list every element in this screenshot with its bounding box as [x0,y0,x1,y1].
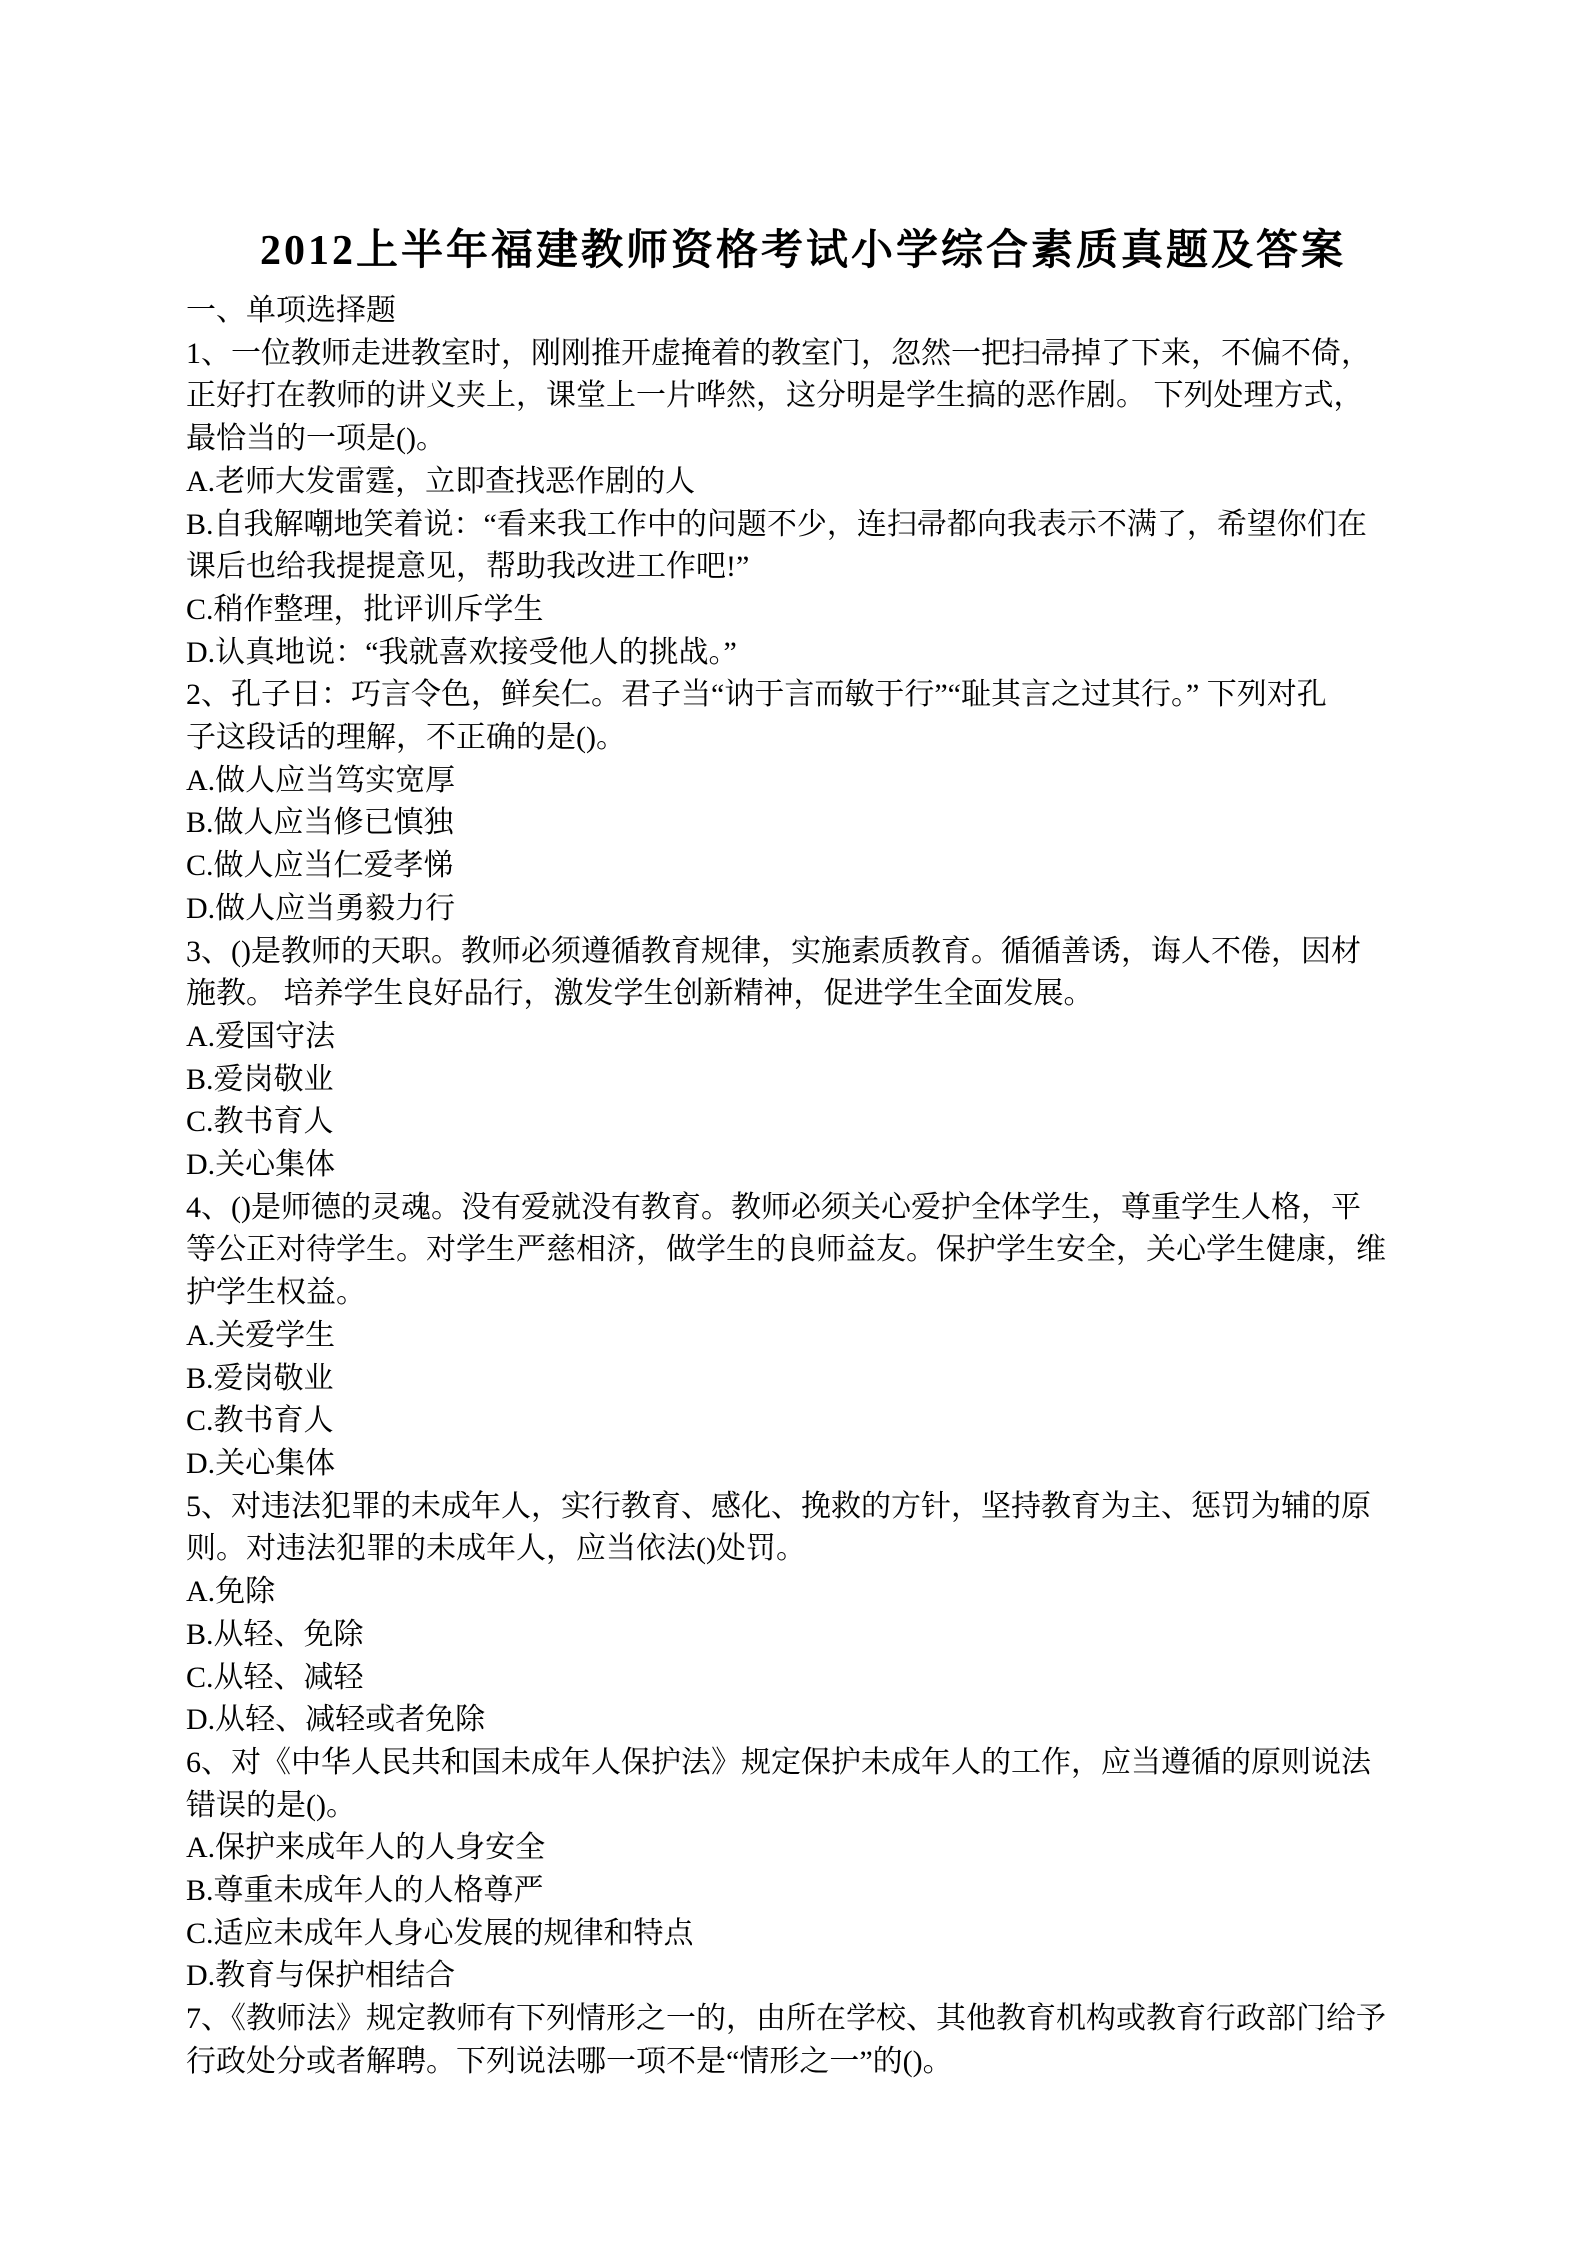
questions-container: 1、一位教师走进教室时，刚刚推开虚掩着的教室门，忽然一把扫帚掉了下来，不偏不倚，… [186,333,1420,2084]
question-3-option-line: D.关心集体 [186,1144,1420,1187]
question-2-option-line: D.做人应当勇毅力行 [186,888,1420,931]
question-6-option-line: A.保护来成年人的人身安全 [186,1827,1420,1870]
question-4-option-line: A.关爱学生 [186,1315,1420,1358]
question-4-stem-line: 护学生权益。 [186,1272,1420,1315]
question-5-option-line: A.免除 [186,1571,1420,1614]
question-1-option-line: A.老师大发雷霆，立即查找恶作剧的人 [186,461,1420,504]
question-6-option-line: C.适应未成年人身心发展的规律和特点 [186,1913,1420,1956]
question-1-option-line: C.稍作整理，批评训斥学生 [186,589,1420,632]
question-7: 7、《教师法》规定教师有下列情形之一的，由所在学校、其他教育机构或教育行政部门给… [186,1998,1420,2083]
question-2-option-line: C.做人应当仁爱孝悌 [186,845,1420,888]
question-2-option-line: A.做人应当笃实宽厚 [186,760,1420,803]
question-2-option-line: B.做人应当修已慎独 [186,802,1420,845]
question-3-option-line: C.教书育人 [186,1101,1420,1144]
question-1-stem-line: 1、一位教师走进教室时，刚刚推开虚掩着的教室门，忽然一把扫帚掉了下来，不偏不倚， [186,333,1420,376]
question-7-stem-line: 行政处分或者解聘。下列说法哪一项不是“情形之一”的()。 [186,2041,1420,2084]
page-title: 2012上半年福建教师资格考试小学综合素质真题及答案 [186,222,1420,280]
question-6-stem-line: 6、对《中华人民共和国未成年人保护法》规定保护未成年人的工作，应当遵循的原则说法 [186,1742,1420,1785]
question-3-option-line: B.爱岗敬业 [186,1059,1420,1102]
document-page: 2012上半年福建教师资格考试小学综合素质真题及答案 一、单项选择题 1、一位教… [0,0,1586,2244]
question-1-option-line: 课后也给我提提意见，帮助我改进工作吧!” [186,546,1420,589]
question-5-stem-line: 则。对违法犯罪的未成年人，应当依法()处罚。 [186,1528,1420,1571]
question-6-stem-line: 错误的是()。 [186,1785,1420,1828]
section-heading: 一、单项选择题 [186,290,1420,333]
question-6-option-line: D.教育与保护相结合 [186,1955,1420,1998]
question-5-option-line: D.从轻、减轻或者免除 [186,1699,1420,1742]
question-1-stem-line: 正好打在教师的讲义夹上，课堂上一片哗然，这分明是学生搞的恶作剧。 下列处理方式， [186,375,1420,418]
question-4-stem-line: 4、()是师德的灵魂。没有爱就没有教育。教师必须关心爱护全体学生，尊重学生人格，… [186,1187,1420,1230]
question-1: 1、一位教师走进教室时，刚刚推开虚掩着的教室门，忽然一把扫帚掉了下来，不偏不倚，… [186,333,1420,675]
question-4-option-line: D.关心集体 [186,1443,1420,1486]
question-5-option-line: B.从轻、免除 [186,1614,1420,1657]
question-5-stem-line: 5、对违法犯罪的未成年人，实行教育、感化、挽救的方针，坚持教育为主、惩罚为辅的原 [186,1486,1420,1529]
question-7-stem-line: 7、《教师法》规定教师有下列情形之一的，由所在学校、其他教育机构或教育行政部门给… [186,1998,1420,2041]
question-3-stem-line: 施教。 培养学生良好品行，激发学生创新精神，促进学生全面发展。 [186,973,1420,1016]
question-4-option-line: B.爱岗敬业 [186,1358,1420,1401]
question-4: 4、()是师德的灵魂。没有爱就没有教育。教师必须关心爱护全体学生，尊重学生人格，… [186,1187,1420,1486]
question-1-option-line: B.自我解嘲地笑着说：“看来我工作中的问题不少，连扫帚都向我表示不满了，希望你们… [186,504,1420,547]
question-4-option-line: C.教书育人 [186,1400,1420,1443]
question-6-option-line: B.尊重未成年人的人格尊严 [186,1870,1420,1913]
question-2-stem-line: 子这段话的理解，不正确的是()。 [186,717,1420,760]
question-3-option-line: A.爱国守法 [186,1016,1420,1059]
question-1-option-line: D.认真地说：“我就喜欢接受他人的挑战。” [186,632,1420,675]
question-5-option-line: C.从轻、减轻 [186,1657,1420,1700]
question-4-stem-line: 等公正对待学生。对学生严慈相济，做学生的良师益友。保护学生安全，关心学生健康，维 [186,1229,1420,1272]
question-2-stem-line: 2、孔子日：巧言令色，鲜矣仁。君子当“讷于言而敏于行”“耻其言之过其行。” 下列… [186,674,1420,717]
question-6: 6、对《中华人民共和国未成年人保护法》规定保护未成年人的工作，应当遵循的原则说法… [186,1742,1420,1998]
question-1-stem-line: 最恰当的一项是()。 [186,418,1420,461]
question-3: 3、()是教师的天职。教师必须遵循教育规律，实施素质教育。循循善诱，诲人不倦，因… [186,931,1420,1187]
question-2: 2、孔子日：巧言令色，鲜矣仁。君子当“讷于言而敏于行”“耻其言之过其行。” 下列… [186,674,1420,930]
question-5: 5、对违法犯罪的未成年人，实行教育、感化、挽救的方针，坚持教育为主、惩罚为辅的原… [186,1486,1420,1742]
question-3-stem-line: 3、()是教师的天职。教师必须遵循教育规律，实施素质教育。循循善诱，诲人不倦，因… [186,931,1420,974]
